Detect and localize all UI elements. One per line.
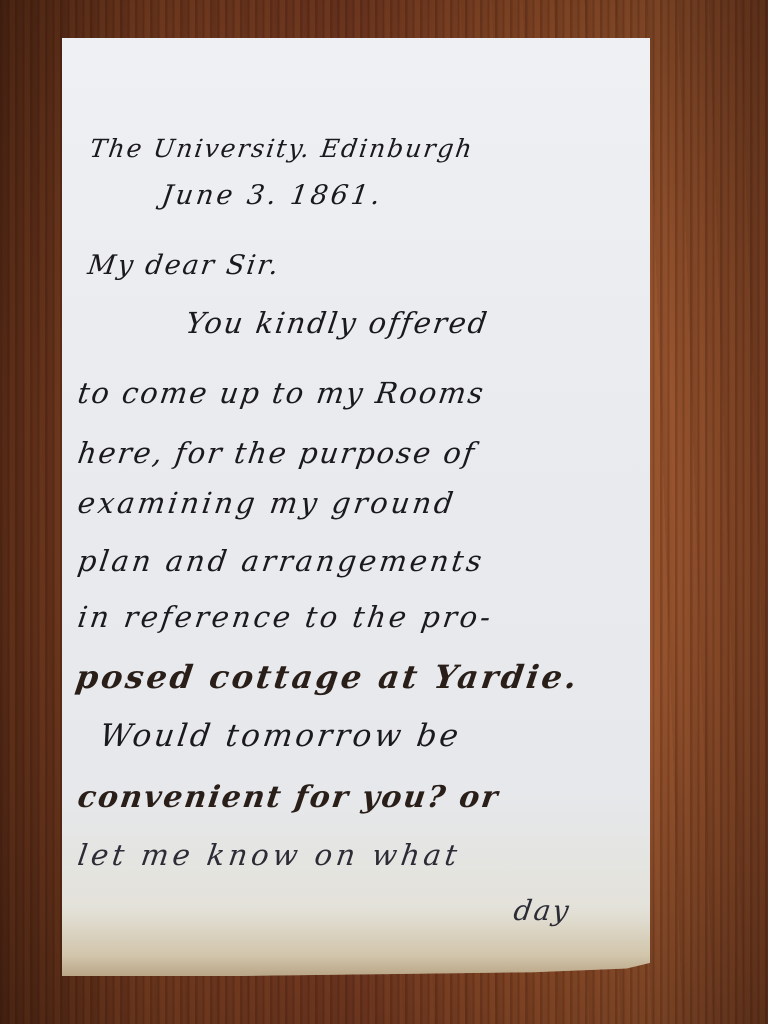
letter-line-9: convenient for you? or: [76, 780, 502, 815]
letter-line-1: You kindly offered: [184, 306, 491, 340]
letter-line-2: to come up to my Rooms: [76, 376, 488, 410]
letter-date: June 3. 1861.: [160, 180, 385, 211]
letter-line-4: examining my ground: [76, 486, 459, 520]
letter-salutation: My dear Sir.: [86, 250, 282, 281]
letter-line-8: Would tomorrow be: [97, 718, 463, 754]
letter-line-6: in reference to the pro-: [76, 600, 496, 634]
letter-line-10: let me know on what: [76, 838, 464, 872]
letter-line-3: here, for the purpose of: [76, 436, 479, 470]
letter-address: The University. Edinburgh: [88, 134, 476, 163]
letter-line-7: posed cottage at Yardie.: [73, 658, 582, 696]
letter-line-11: day: [512, 894, 573, 927]
letter-sheet: The University. Edinburgh June 3. 1861. …: [62, 38, 650, 976]
letter-line-5: plan and arrangements: [76, 544, 487, 578]
